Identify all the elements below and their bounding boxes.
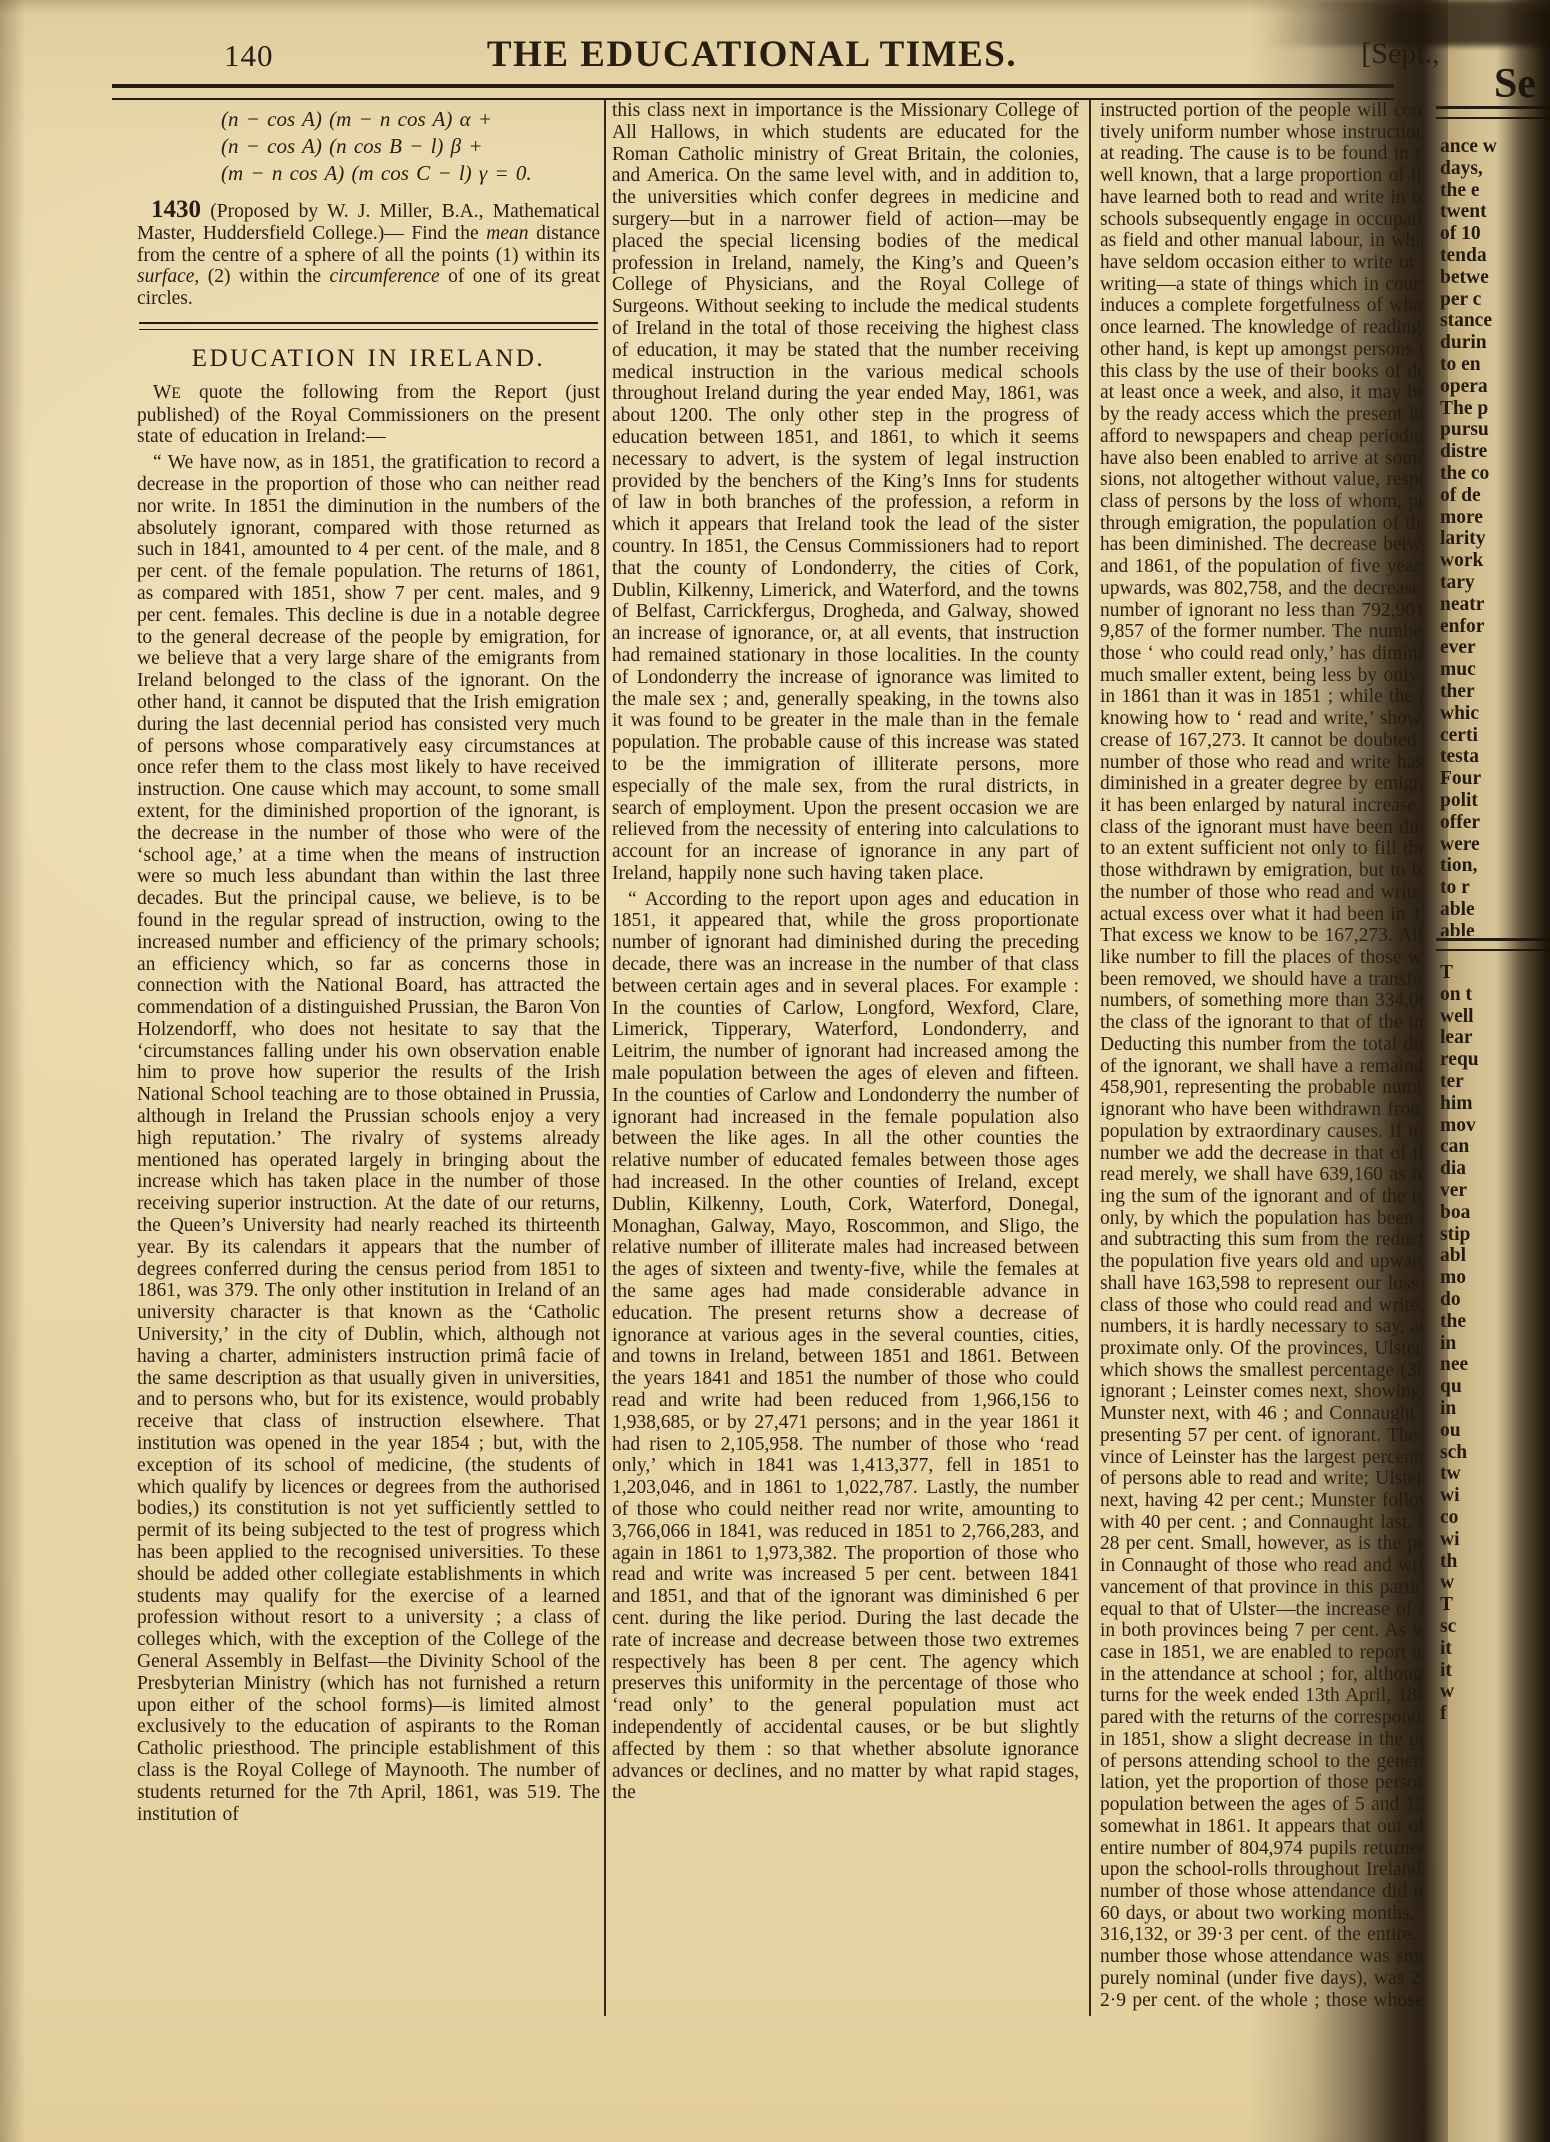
text-line: upon the school-rolls throughout Ireland…: [1100, 1859, 1422, 1881]
text-line: in: [1440, 1333, 1546, 1355]
text-line: tion,: [1440, 855, 1546, 877]
text-line: 9,857 of the former number. The numbe: [1100, 621, 1422, 643]
text-line: which shows the smallest percentage (30): [1100, 1360, 1422, 1382]
text-line: opera: [1440, 376, 1546, 398]
text-line: number those whose attendance was smalle…: [1100, 1946, 1422, 1968]
text-line: more: [1440, 507, 1546, 529]
text-line: somewhat in 1861. It appears that out of…: [1100, 1816, 1422, 1838]
text-line: qu: [1440, 1376, 1546, 1398]
text-line: vancement of that province in this parti…: [1100, 1577, 1422, 1599]
text-line: mov: [1440, 1115, 1546, 1137]
text-line: it: [1440, 1638, 1546, 1660]
text-line: well: [1440, 1006, 1546, 1028]
text-line: population between the ages of 5 and 15 …: [1100, 1794, 1422, 1816]
text-line: The p: [1440, 398, 1546, 420]
text-line: on t: [1440, 984, 1546, 1006]
text-line: class of the ignorant must have been dim…: [1100, 817, 1422, 839]
text-line: w: [1440, 1572, 1546, 1594]
text-line: those withdrawn by emigration, but to br…: [1100, 860, 1422, 882]
text-line: number we add the decrease in that of th…: [1100, 1143, 1422, 1165]
text-line: well known, that a large proportion of t…: [1100, 165, 1422, 187]
text-line: polit: [1440, 790, 1546, 812]
text-line: can: [1440, 1136, 1546, 1158]
column-1: (n − cos A) (m − n cos A) α +(n − cos A)…: [137, 100, 600, 2024]
text-line: nee: [1440, 1354, 1546, 1376]
text-line: 28 per cent. Small, however, as is the p…: [1100, 1533, 1422, 1555]
text-line: purely nominal (under five days), was 23…: [1100, 1968, 1422, 1990]
text-line: 316,132, or 39·3 per cent. of the entire…: [1100, 1924, 1422, 1946]
text-line: wi: [1440, 1529, 1546, 1551]
text-line: next, having 42 per cent.; Munster follo…: [1100, 1490, 1422, 1512]
text-line: the: [1440, 1311, 1546, 1333]
text-line: equal to that of Ulster—the increase of …: [1100, 1599, 1422, 1621]
text-line: to an extent sufficient not only to fill…: [1100, 838, 1422, 860]
text-line: Munster next, with 46 ; and Connaught la: [1100, 1403, 1422, 1425]
text-line: testa: [1440, 746, 1546, 768]
text-line: with 40 per cent. ; and Connaught last, …: [1100, 1512, 1422, 1534]
text-line: of 10: [1440, 223, 1546, 245]
text-line: it: [1440, 1660, 1546, 1682]
text-line: to r: [1440, 877, 1546, 899]
math-equation-block: (n − cos A) (m − n cos A) α +(n − cos A)…: [221, 106, 600, 187]
text-line: numbers, of something more than 334,000 …: [1100, 990, 1422, 1012]
text-line: ou: [1440, 1420, 1546, 1442]
text-line: 458,901, representing the probable numbe…: [1100, 1077, 1422, 1099]
text-line: the population five years old and upward…: [1100, 1251, 1422, 1273]
text-line: those ‘ who could read only,’ has dimini…: [1100, 643, 1422, 665]
text-line: actual excess over what it had been in 1…: [1100, 904, 1422, 926]
text-line: (n − cos A) (n cos B − l) β +: [221, 133, 600, 160]
intro-paragraph: WE quote the following from the Report (…: [137, 382, 600, 448]
text-line: in 1851, show a slight decrease in the p…: [1100, 1729, 1422, 1751]
text-line: lation, yet the proportion of those pers…: [1100, 1772, 1422, 1794]
text-line: and 1861, of the population of five year…: [1100, 556, 1422, 578]
text-line: ignorant who have been withdrawn from t: [1100, 1099, 1422, 1121]
text-line: in both provinces being 7 per cent. As w…: [1100, 1620, 1422, 1642]
text-line: f: [1440, 1703, 1546, 1725]
text-line: through emigration, the population of th…: [1100, 513, 1422, 535]
section-heading: EDUCATION IN IRELAND.: [137, 348, 600, 370]
text-line: it has been enlarged by natural increase…: [1100, 795, 1422, 817]
text-line: neatr: [1440, 594, 1546, 616]
text-line: schools subsequently engage in occupatio…: [1100, 209, 1422, 231]
text-line: mo: [1440, 1267, 1546, 1289]
column2-paragraph-1: this class next in importance is the Mis…: [612, 100, 1079, 885]
text-line: the number of those who read and write t…: [1100, 882, 1422, 904]
text-line: class of persons by the loss of whom, pr…: [1100, 491, 1422, 513]
text-line: number of those who read and write has b: [1100, 752, 1422, 774]
text-line: population by extraordinary causes. If t…: [1100, 1121, 1422, 1143]
text-line: in the attendance at school ; for, altho…: [1100, 1664, 1422, 1686]
text-line: twent: [1440, 201, 1546, 223]
text-line: of de: [1440, 485, 1546, 507]
italic-word: circumference: [330, 266, 440, 287]
next-page-text-fragments-top: ance wdays,the etwentof 10tendabetweper …: [1440, 136, 1546, 936]
text-line: the class of the ignorant to that of the…: [1100, 1012, 1422, 1034]
text-line: and subtracting this sum from the reduct…: [1100, 1229, 1422, 1251]
text-line: induces a complete forgetfulness of what…: [1100, 295, 1422, 317]
text-line: diminished in a greater degree by emigra…: [1100, 773, 1422, 795]
text-line: has been diminished. The decrease betwee…: [1100, 534, 1422, 556]
text-line: lear: [1440, 1027, 1546, 1049]
text-line: this class by the use of their books of …: [1100, 361, 1422, 383]
next-page-rule-top: [1436, 106, 1550, 119]
next-page-header-fragment: Se: [1494, 60, 1536, 108]
header-rule: [112, 84, 1394, 100]
scanned-newspaper-page: 140 THE EDUCATIONAL TIMES. [Sept., '63. …: [0, 0, 1550, 2142]
text-line: tenda: [1440, 245, 1546, 267]
problem-1430: 1430 (Proposed by W. J. Miller, B.A., Ma…: [137, 199, 600, 310]
text-line: have learned both to read and write in o…: [1100, 187, 1422, 209]
text-line: distre: [1440, 441, 1546, 463]
text-line: knowing how to ‘ read and write,’ shows …: [1100, 708, 1422, 730]
text-line: writing—a state of things which in cours…: [1100, 274, 1422, 296]
report-quote-paragraph: “ We have now, as in 1851, the gratifica…: [137, 452, 600, 1825]
text-line: other hand, is kept up amongst persons e…: [1100, 339, 1422, 361]
text-line: w: [1440, 1681, 1546, 1703]
text-line: much smaller extent, being less by only …: [1100, 665, 1422, 687]
text-line: do: [1440, 1289, 1546, 1311]
text-line: requ: [1440, 1049, 1546, 1071]
text-line: enfor: [1440, 616, 1546, 638]
text-line: turns for the week ended 13th April, 186…: [1100, 1685, 1422, 1707]
text-run: E: [171, 385, 180, 402]
text-line: boa: [1440, 1202, 1546, 1224]
text-line: of persons attending school to the gener…: [1100, 1751, 1422, 1773]
text-line: ther: [1440, 681, 1546, 703]
text-line: pursu: [1440, 419, 1546, 441]
text-line: were: [1440, 834, 1546, 856]
text-line: tively uniform number whose instruction …: [1100, 122, 1422, 144]
text-line: tw: [1440, 1463, 1546, 1485]
text-line: 2·9 per cent. of the whole ; those whose…: [1100, 1990, 1422, 2012]
text-run: , (2) within the: [194, 266, 329, 287]
text-run: quote the following from the Report (jus…: [137, 382, 600, 448]
text-line: once learned. The knowledge of reading, …: [1100, 317, 1422, 339]
text-line: dia: [1440, 1158, 1546, 1180]
text-line: been removed, we should have a transfer,…: [1100, 969, 1422, 991]
text-line: of persons able to read and write; Ulste…: [1100, 1468, 1422, 1490]
text-line: by the ready access which the present lo…: [1100, 404, 1422, 426]
text-line: able: [1440, 921, 1546, 936]
text-line: in Connaught of those who read and write…: [1100, 1555, 1422, 1577]
text-line: him: [1440, 1093, 1546, 1115]
text-line: to en: [1440, 354, 1546, 376]
text-line: co: [1440, 1507, 1546, 1529]
text-line: proximate only. Of the provinces, Ulster…: [1100, 1338, 1422, 1360]
text-line: entire number of 804,974 pupils returned…: [1100, 1838, 1422, 1860]
column-2: this class next in importance is the Mis…: [612, 100, 1079, 2024]
text-line: stance: [1440, 310, 1546, 332]
text-line: case in 1851, we are enabled to report a…: [1100, 1642, 1422, 1664]
text-line: tary: [1440, 572, 1546, 594]
text-line: certi: [1440, 725, 1546, 747]
photo-left-edge-shadow: [0, 0, 26, 2142]
problem-number: 1430: [151, 196, 201, 223]
text-line: only, by which the population has been r…: [1100, 1208, 1422, 1230]
text-line: number of those whose attendance did not…: [1100, 1881, 1422, 1903]
text-line: presenting 57 per cent. of ignorant. The…: [1100, 1425, 1422, 1447]
next-page-rule-middle: [1436, 938, 1550, 951]
text-line: days,: [1440, 158, 1546, 180]
newspaper-title: THE EDUCATIONAL TIMES.: [332, 33, 1172, 76]
text-line: th: [1440, 1551, 1546, 1573]
photo-top-edge-shadow: [0, 0, 1550, 14]
text-line: have also been enabled to arrive at some…: [1100, 448, 1422, 470]
text-line: ever: [1440, 637, 1546, 659]
text-line: have seldom occasion either to write or …: [1100, 252, 1422, 274]
text-line: crease of 167,273. It cannot be doubted …: [1100, 730, 1422, 752]
text-line: durin: [1440, 332, 1546, 354]
text-line: of the ignorant, we shall have a remaind…: [1100, 1056, 1422, 1078]
text-line: sch: [1440, 1442, 1546, 1464]
text-line: Deducting this number from the total dim…: [1100, 1034, 1422, 1056]
text-line: the co: [1440, 463, 1546, 485]
text-line: read merely, we shall have 639,160 as re…: [1100, 1164, 1422, 1186]
column-divider-1: [604, 100, 606, 2016]
text-line: at least once a week, and also, it may b…: [1100, 382, 1422, 404]
text-line: abl: [1440, 1245, 1546, 1267]
text-line: muc: [1440, 659, 1546, 681]
text-line: wi: [1440, 1485, 1546, 1507]
text-line: (m − n cos A) (m cos C − l) γ = 0.: [221, 160, 600, 187]
text-line: ignorant ; Leinster comes next, showing …: [1100, 1381, 1422, 1403]
italic-word: mean: [486, 223, 528, 244]
next-page-text-fragments-bottom: Ton twelllearrequterhimmovcandiaverboast…: [1440, 962, 1546, 2062]
column-divider-2: [1089, 100, 1091, 2016]
text-line: numbers, it is hardly necessary to say, …: [1100, 1316, 1422, 1338]
text-line: That excess we know to be 167,273. Allow…: [1100, 925, 1422, 947]
text-line: number of ignorant no less than 792,901,…: [1100, 600, 1422, 622]
text-line: work: [1440, 550, 1546, 572]
text-line: (n − cos A) (m − n cos A) α +: [221, 106, 600, 133]
text-line: betwe: [1440, 267, 1546, 289]
text-line: ing the sum of the ignorant and of the r…: [1100, 1186, 1422, 1208]
text-line: in 1861 than it was in 1851 ; while the …: [1100, 686, 1422, 708]
text-line: afford to newspapers and cheap periodica…: [1100, 426, 1422, 448]
text-line: ance w: [1440, 136, 1546, 158]
text-line: the e: [1440, 180, 1546, 202]
text-line: vince of Leinster has the largest percen…: [1100, 1447, 1422, 1469]
text-line: as field and other manual labour, in whi…: [1100, 230, 1422, 252]
text-line: sions, not altogether without value, res…: [1100, 469, 1422, 491]
column-3: instructed portion of the people will co…: [1100, 100, 1422, 2024]
section-rule: [139, 322, 598, 330]
text-line: like number to fill the places of those …: [1100, 947, 1422, 969]
text-line: Four: [1440, 768, 1546, 790]
text-line: instructed portion of the people will co…: [1100, 100, 1422, 122]
text-line: shall have 163,598 to represent our loss…: [1100, 1273, 1422, 1295]
text-line: offer: [1440, 812, 1546, 834]
text-line: larity: [1440, 528, 1546, 550]
text-line: pared with the returns of the correspond…: [1100, 1707, 1422, 1729]
text-line: able: [1440, 899, 1546, 921]
column2-paragraph-2: “ According to the report upon ages and …: [612, 889, 1079, 1804]
text-run: W: [153, 382, 171, 403]
page-number: 140: [224, 38, 274, 74]
text-line: whic: [1440, 703, 1546, 725]
text-line: upwards, was 802,758, and the decrease i…: [1100, 578, 1422, 600]
text-line: sc: [1440, 1616, 1546, 1638]
text-line: ver: [1440, 1180, 1546, 1202]
text-line: 60 days, or about two working months, w: [1100, 1903, 1422, 1925]
italic-word: surface: [137, 266, 194, 287]
text-line: per c: [1440, 289, 1546, 311]
text-line: T: [1440, 962, 1546, 984]
text-line: class of those who could read and write.…: [1100, 1295, 1422, 1317]
text-line: T: [1440, 1594, 1546, 1616]
text-line: at reading. The cause is to be found in …: [1100, 143, 1422, 165]
text-line: stip: [1440, 1224, 1546, 1246]
text-line: ter: [1440, 1071, 1546, 1093]
text-line: in: [1440, 1398, 1546, 1420]
